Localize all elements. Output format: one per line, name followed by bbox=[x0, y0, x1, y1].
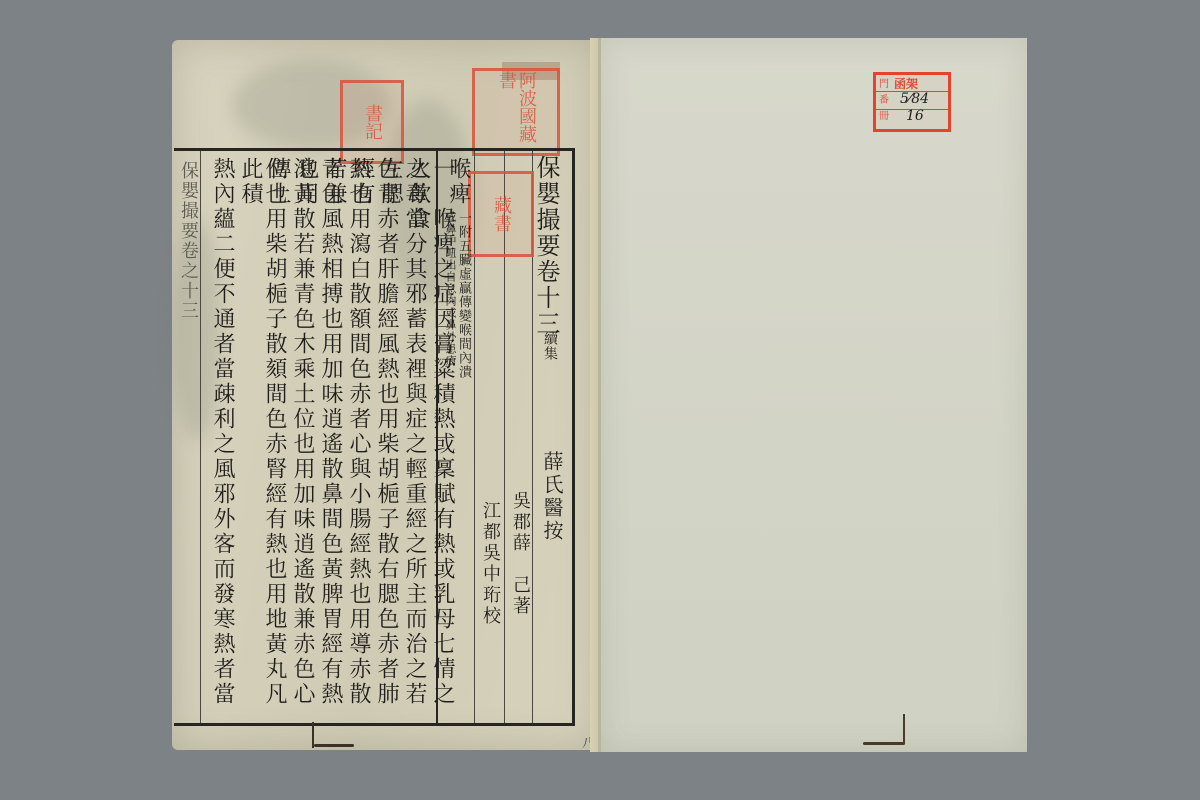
text-block-frame: 藏書 保嬰撮要卷十三 續集 薛氏醫按 吳郡薛 己著 江都吳中珩校 喉痺 一附五臟… bbox=[174, 148, 575, 726]
label-row-3: 冊 bbox=[879, 109, 889, 125]
column-rule bbox=[200, 151, 201, 723]
seal-red-title: 藏書 bbox=[468, 171, 534, 257]
seal-text: 藏書 bbox=[491, 196, 511, 232]
library-label: 門 番 冊 函架 5⁄84 16 bbox=[873, 72, 951, 132]
left-page: 書記 阿波國藏書 藏書 保嬰撮要卷十三 續集 薛氏醫按 吳郡薛 己著 江都吳中珩… bbox=[172, 40, 596, 750]
author-line: 吳郡薛 己著 bbox=[508, 491, 532, 617]
seal-text: 阿波國藏書 bbox=[496, 71, 536, 153]
editor-line: 江都吳中珩校 bbox=[478, 501, 502, 627]
right-page: 門 番 冊 函架 5⁄84 16 bbox=[598, 38, 1027, 752]
label-number-1: 5⁄84 bbox=[900, 91, 929, 107]
chapter-note: 一附五臟虛贏傳變喉間內潰 bbox=[456, 211, 471, 379]
ink-mark bbox=[863, 742, 905, 745]
margin-column: 保嬰撮要卷之十三 bbox=[176, 161, 200, 321]
text-column-8: 熱內蘊二便不通者當疎利之風邪外客而發寒熱者當 bbox=[210, 157, 234, 707]
series-title: 薛氏醫按 bbox=[540, 451, 564, 543]
label-row-labels: 門 番 冊 bbox=[878, 77, 890, 125]
text-column-7: 位也用柴胡梔子散頦間色赤腎經有熱也用地黃丸凡此積 bbox=[238, 157, 286, 723]
book-spread: 書記 阿波國藏書 藏書 保嬰撮要卷十三 續集 薛氏醫按 吳郡薛 己著 江都吳中珩… bbox=[172, 38, 1024, 754]
seal-red-right: 阿波國藏書 bbox=[472, 68, 560, 156]
label-number-2: 16 bbox=[906, 108, 924, 124]
label-header: 函架 bbox=[894, 75, 918, 92]
label-row-1: 門 bbox=[879, 77, 889, 93]
label-row-2: 番 bbox=[879, 93, 889, 109]
ink-mark bbox=[903, 714, 905, 744]
seal-text: 書記 bbox=[362, 104, 382, 140]
title-suffix: 續集 bbox=[542, 331, 558, 361]
book-title: 保嬰撮要卷十三 bbox=[534, 155, 558, 337]
ink-mark bbox=[314, 744, 354, 747]
